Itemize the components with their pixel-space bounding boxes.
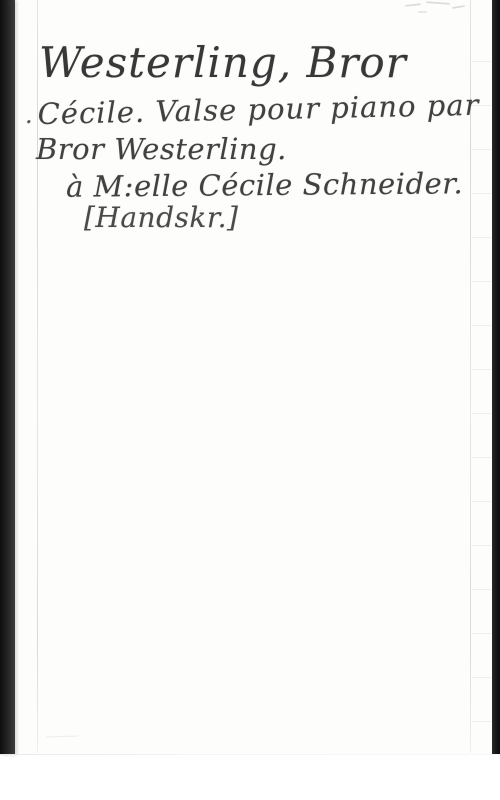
page-bottom-edge (0, 754, 500, 755)
binding-edge-right (492, 0, 500, 755)
entry-format-note: [Handskr.] (84, 201, 238, 234)
scanned-catalog-card: Westerling, Bror . Cécile. Valse pour pi… (0, 0, 500, 800)
entry-author-line: Bror Westerling. (36, 132, 287, 166)
card-stack-ticks (472, 18, 491, 753)
entry-dedication-line: à M:elle Cécile Schneider. (66, 166, 463, 203)
binding-edge-left (0, 0, 15, 755)
entry-heading: Westerling, Bror (39, 38, 407, 87)
stray-dot: . (25, 101, 33, 129)
